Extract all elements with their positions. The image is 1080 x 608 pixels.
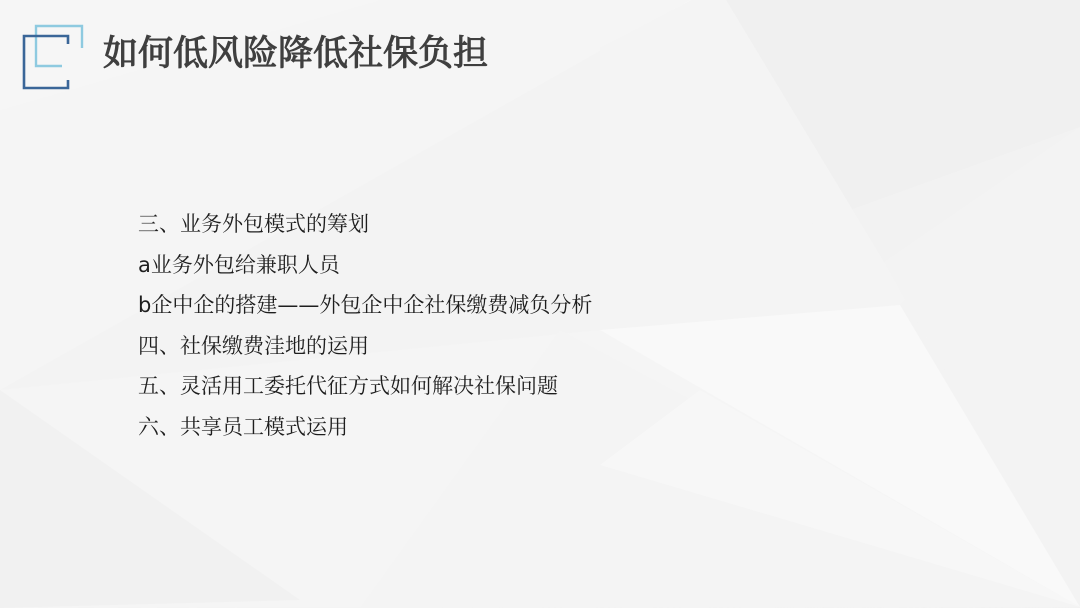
content-list: 三、业务外包模式的筹划 a业务外包给兼职人员 b企中企的搭建——外包企中企社保缴… — [138, 204, 592, 447]
list-item: 四、社保缴费洼地的运用 — [138, 326, 592, 367]
list-item: 三、业务外包模式的筹划 — [138, 204, 592, 245]
slide: 如何低风险降低社保负担 三、业务外包模式的筹划 a业务外包给兼职人员 b企中企的… — [0, 0, 1080, 608]
list-item: a业务外包给兼职人员 — [138, 245, 592, 286]
overlapping-brackets-icon — [22, 24, 84, 90]
list-item: b企中企的搭建——外包企中企社保缴费减负分析 — [138, 285, 592, 326]
list-item: 五、灵活用工委托代征方式如何解决社保问题 — [138, 366, 592, 407]
slide-title: 如何低风险降低社保负担 — [103, 31, 488, 77]
list-item: 六、共享员工模式运用 — [138, 407, 592, 448]
